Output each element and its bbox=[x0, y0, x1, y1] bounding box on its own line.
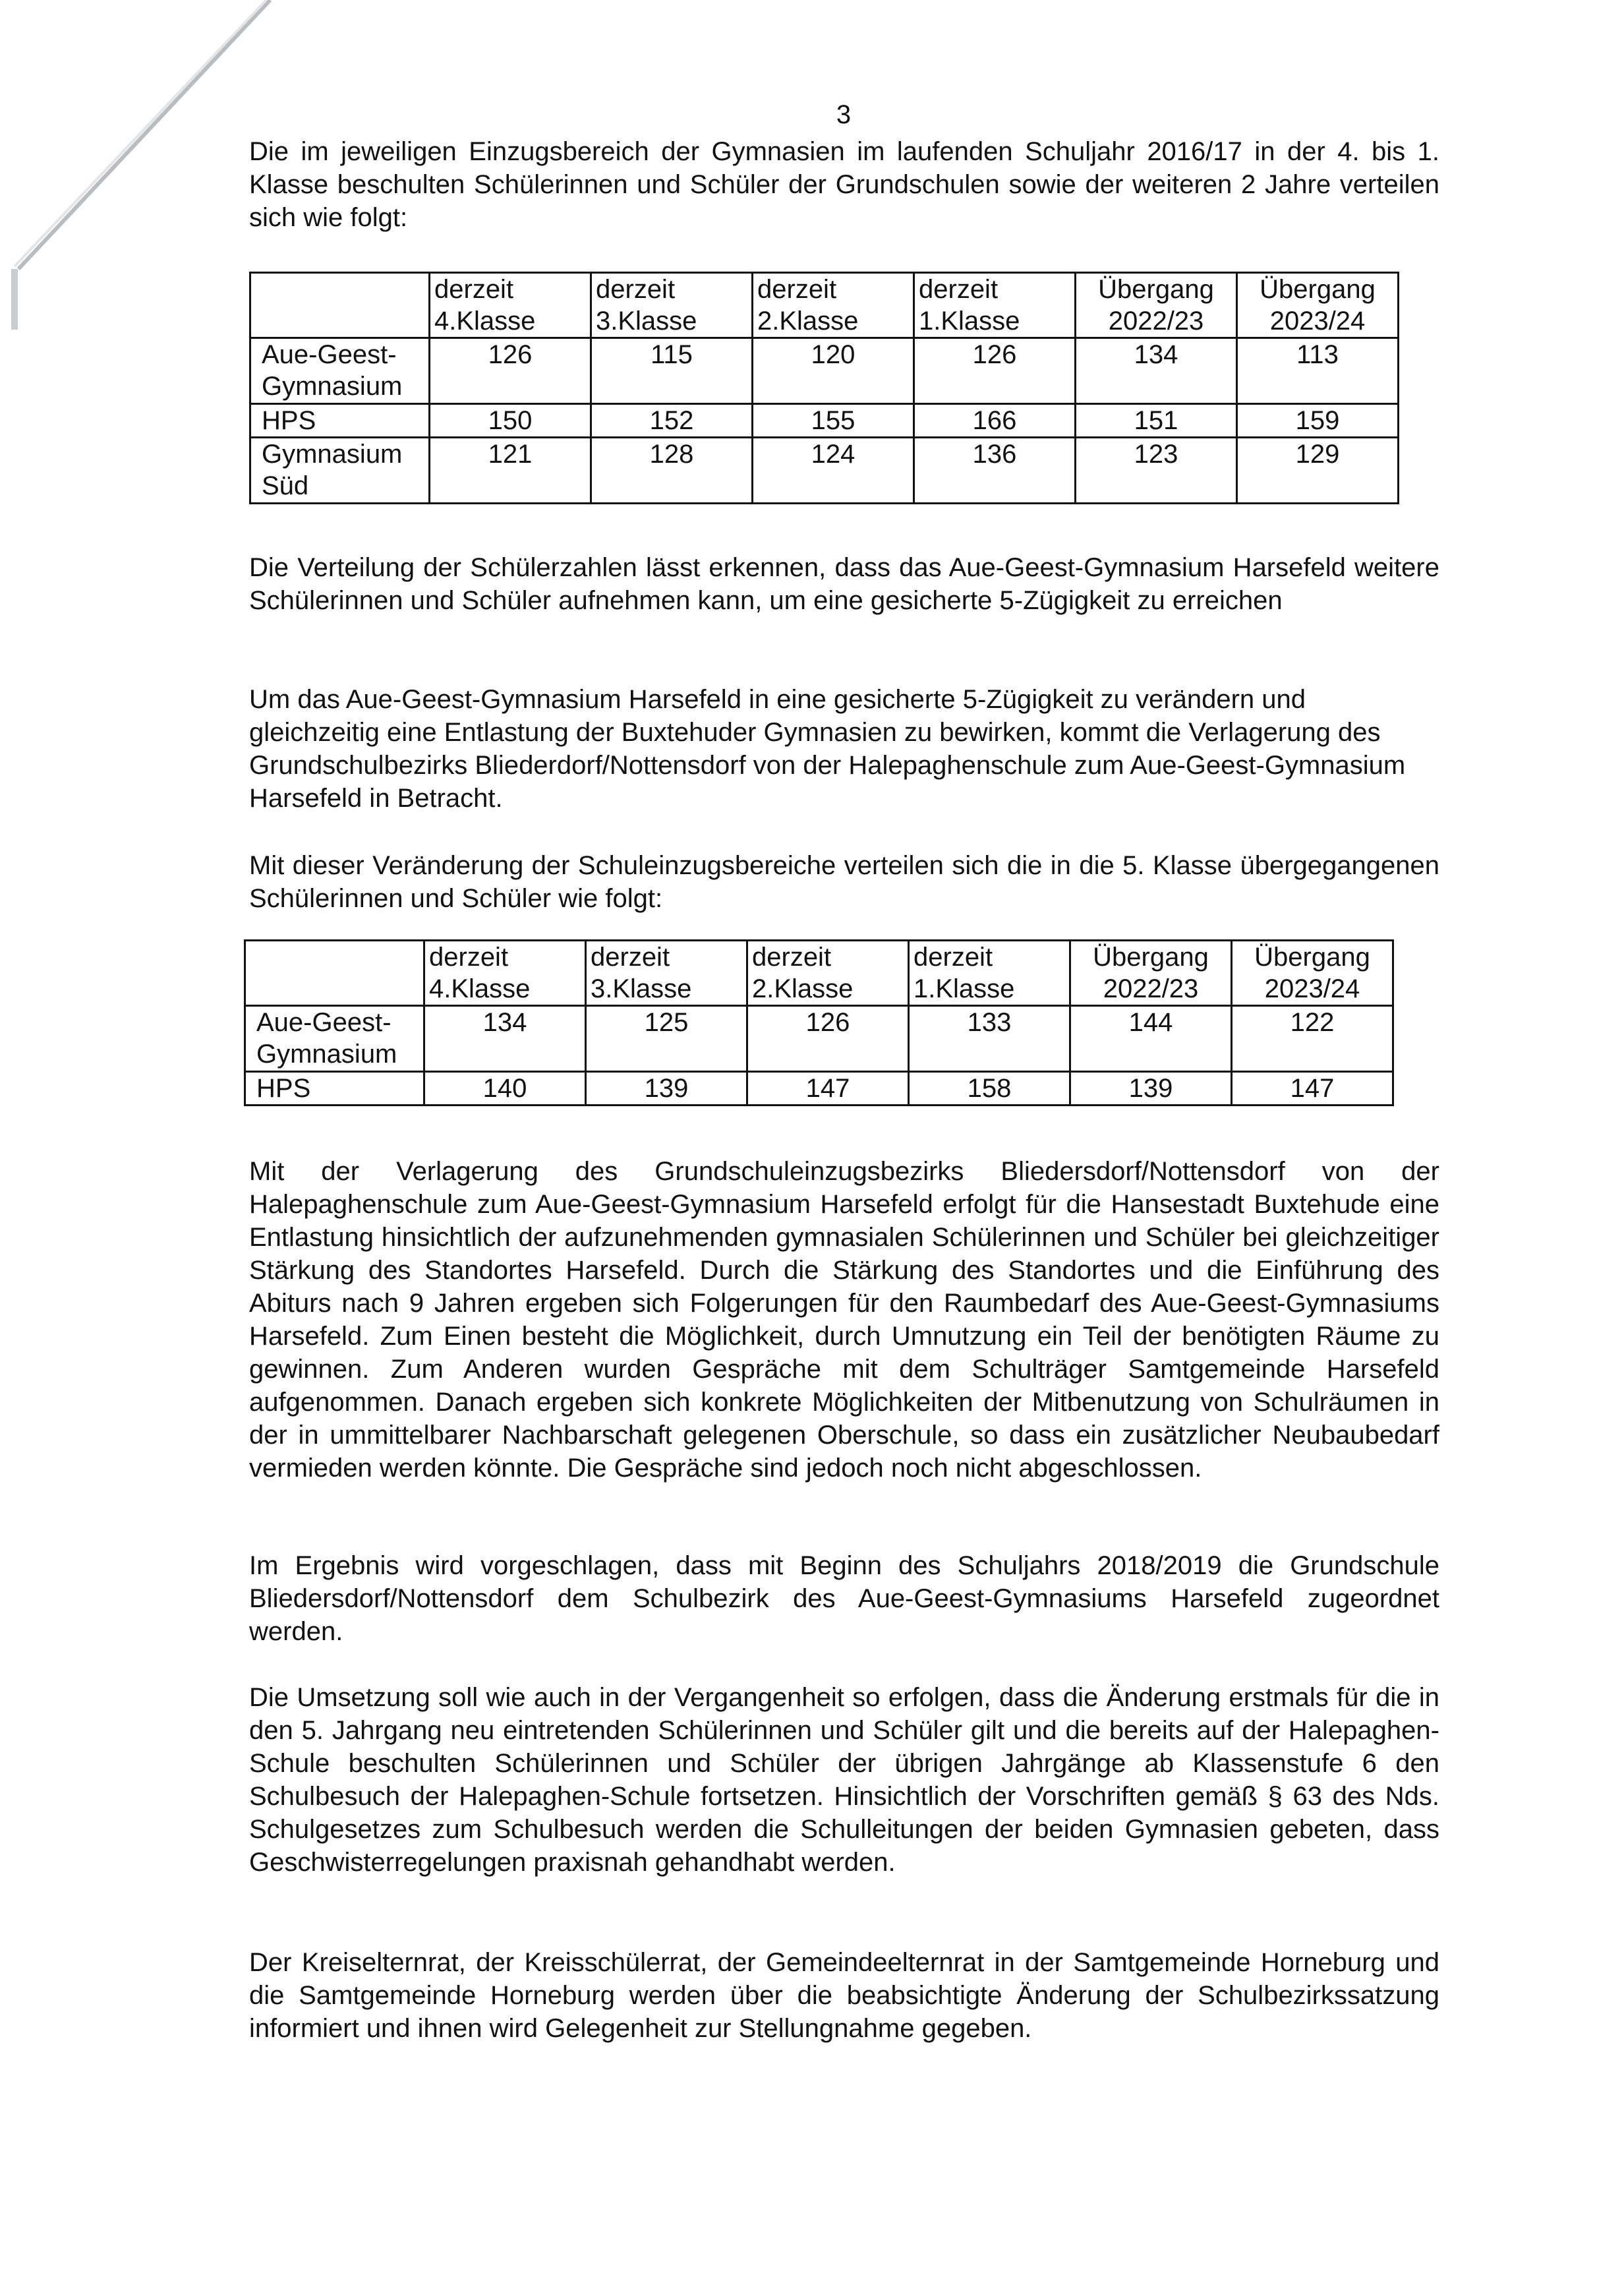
table-cell: 129 bbox=[1237, 438, 1399, 504]
row-label: HPS bbox=[250, 404, 430, 438]
paragraph-text: Die Umsetzung soll wie auch in der Verga… bbox=[249, 1681, 1439, 1879]
table-row: Aue-Geest-Gymnasium 134 125 126 133 144 … bbox=[245, 1006, 1393, 1072]
row-label: Aue-Geest-Gymnasium bbox=[250, 338, 430, 404]
paragraph-text: Mit dieser Veränderung der Schuleinzugsb… bbox=[249, 849, 1439, 915]
table-cell: 124 bbox=[753, 438, 914, 504]
table-cell: 123 bbox=[1076, 438, 1237, 504]
table-header-empty bbox=[250, 273, 430, 338]
table-cell: 147 bbox=[1232, 1072, 1393, 1106]
paragraph-4: Mit der Verlagerung des Grundschuleinzug… bbox=[249, 1155, 1439, 1485]
paragraph-text: Der Kreiselternrat, der Kreisschülerrat,… bbox=[249, 1946, 1439, 2045]
row-label: HPS bbox=[245, 1072, 424, 1106]
row-label: GymnasiumSüd bbox=[250, 438, 430, 504]
table-cell: 125 bbox=[586, 1006, 747, 1072]
table-cell: 150 bbox=[430, 404, 591, 438]
table-cell: 115 bbox=[591, 338, 753, 404]
page-number: 3 bbox=[0, 99, 1624, 131]
paragraph-text: Mit der Verlagerung des Grundschuleinzug… bbox=[249, 1155, 1439, 1485]
table-header-row: derzeit4.Klasse derzeit3.Klasse derzeit2… bbox=[250, 273, 1399, 338]
row-label: Aue-Geest-Gymnasium bbox=[245, 1006, 424, 1072]
intro-paragraph: Die im jeweiligen Einzugsbereich der Gym… bbox=[249, 135, 1439, 234]
table-header-cell: derzeit1.Klasse bbox=[909, 941, 1070, 1006]
paragraph-5: Im Ergebnis wird vorgeschlagen, dass mit… bbox=[249, 1549, 1439, 1648]
table-header-cell: derzeit4.Klasse bbox=[424, 941, 586, 1006]
table-cell: 120 bbox=[753, 338, 914, 404]
paragraph-text: Im Ergebnis wird vorgeschlagen, dass mit… bbox=[249, 1549, 1439, 1648]
table-header-cell: derzeit3.Klasse bbox=[591, 273, 753, 338]
table-cell: 126 bbox=[747, 1006, 909, 1072]
table-header-cell: derzeit2.Klasse bbox=[753, 273, 914, 338]
table-header-cell: Übergang2023/24 bbox=[1237, 273, 1399, 338]
table-row: HPS 140 139 147 158 139 147 bbox=[245, 1072, 1393, 1106]
table-header-cell: derzeit2.Klasse bbox=[747, 941, 909, 1006]
table-cell: 152 bbox=[591, 404, 753, 438]
table-header-empty bbox=[245, 941, 424, 1006]
paragraph-text: Um das Aue-Geest-Gymnasium Harsefeld in … bbox=[249, 683, 1439, 815]
table-header-cell: derzeit4.Klasse bbox=[430, 273, 591, 338]
table-cell: 139 bbox=[586, 1072, 747, 1106]
paragraph-1: Die Verteilung der Schülerzahlen lässt e… bbox=[249, 551, 1439, 617]
table-cell: 136 bbox=[914, 438, 1076, 504]
intro-text: Die im jeweiligen Einzugsbereich der Gym… bbox=[249, 135, 1439, 234]
table-cell: 126 bbox=[914, 338, 1076, 404]
table-cell: 147 bbox=[747, 1072, 909, 1106]
table-cell: 144 bbox=[1070, 1006, 1232, 1072]
table-cell: 155 bbox=[753, 404, 914, 438]
table-header-cell: Übergang2023/24 bbox=[1232, 941, 1393, 1006]
table-new-distribution: derzeit4.Klasse derzeit3.Klasse derzeit2… bbox=[244, 939, 1394, 1106]
paragraph-3: Mit dieser Veränderung der Schuleinzugsb… bbox=[249, 849, 1439, 915]
paragraph-7: Der Kreiselternrat, der Kreisschülerrat,… bbox=[249, 1946, 1439, 2045]
table-header-row: derzeit4.Klasse derzeit3.Klasse derzeit2… bbox=[245, 941, 1393, 1006]
table-header-cell: derzeit1.Klasse bbox=[914, 273, 1076, 338]
table-cell: 151 bbox=[1076, 404, 1237, 438]
table-header-cell: Übergang2022/23 bbox=[1076, 273, 1237, 338]
table-header-cell: Übergang2022/23 bbox=[1070, 941, 1232, 1006]
table-cell: 166 bbox=[914, 404, 1076, 438]
table-cell: 113 bbox=[1237, 338, 1399, 404]
table-cell: 134 bbox=[1076, 338, 1237, 404]
table-cell: 158 bbox=[909, 1072, 1070, 1106]
table-cell: 122 bbox=[1232, 1006, 1393, 1072]
table-cell: 128 bbox=[591, 438, 753, 504]
table-cell: 126 bbox=[430, 338, 591, 404]
table-row: HPS 150 152 155 166 151 159 bbox=[250, 404, 1399, 438]
table-cell: 134 bbox=[424, 1006, 586, 1072]
table-header-cell: derzeit3.Klasse bbox=[586, 941, 747, 1006]
paragraph-2: Um das Aue-Geest-Gymnasium Harsefeld in … bbox=[249, 683, 1439, 815]
paragraph-6: Die Umsetzung soll wie auch in der Verga… bbox=[249, 1681, 1439, 1879]
table-cell: 140 bbox=[424, 1072, 586, 1106]
table-current-distribution: derzeit4.Klasse derzeit3.Klasse derzeit2… bbox=[249, 272, 1399, 504]
table-cell: 159 bbox=[1237, 404, 1399, 438]
table-row: Aue-Geest-Gymnasium 126 115 120 126 134 … bbox=[250, 338, 1399, 404]
paragraph-text: Die Verteilung der Schülerzahlen lässt e… bbox=[249, 551, 1439, 617]
table-cell: 139 bbox=[1070, 1072, 1232, 1106]
table-cell: 133 bbox=[909, 1006, 1070, 1072]
table-row: GymnasiumSüd 121 128 124 136 123 129 bbox=[250, 438, 1399, 504]
table-cell: 121 bbox=[430, 438, 591, 504]
